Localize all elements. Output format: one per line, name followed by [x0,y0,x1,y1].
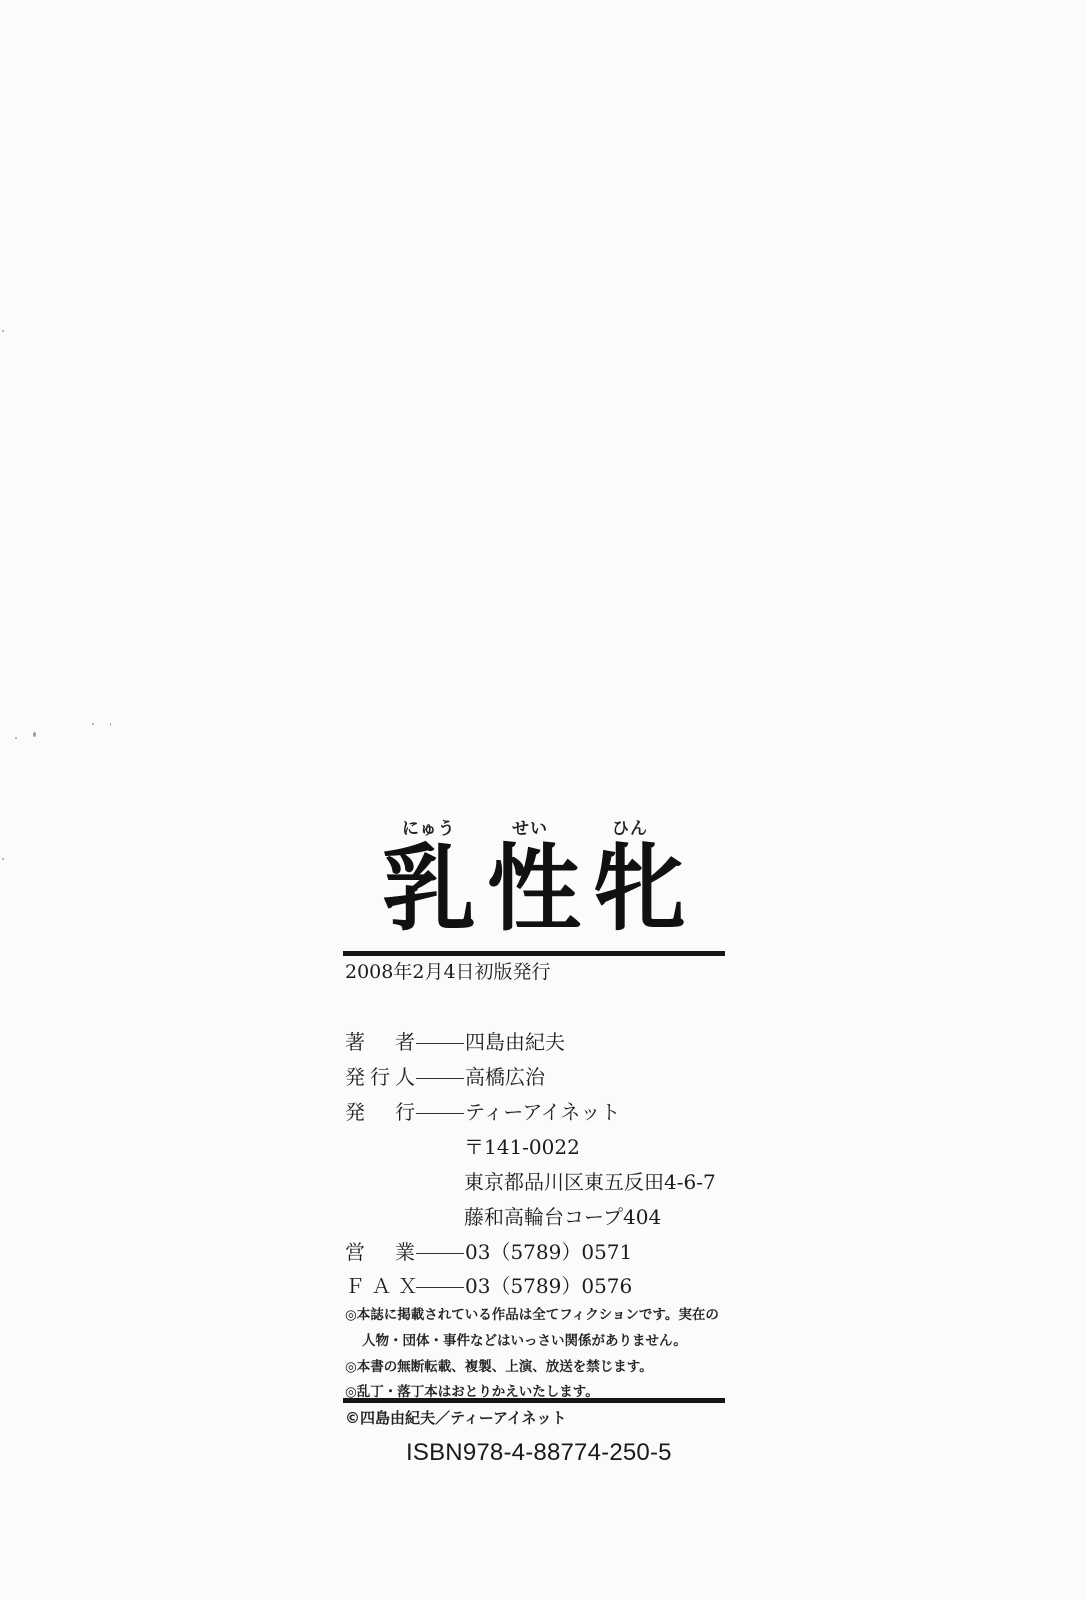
contact-sales: 営 業 03（5789）0571 [345,1239,632,1265]
scan-speck [33,732,36,737]
credit-value: ティーアイネット [465,1099,620,1125]
credit-label: 発 行 [345,1099,415,1125]
colophon-page: にゅう せい ひん 乳 性 牝 2008年2月4日初版発行 著 者 四島由紀夫 … [0,0,1085,1600]
title-char-3: 牝 [592,840,686,940]
scan-speck [2,858,4,860]
credit-value: 高橋広治 [465,1064,545,1090]
leader-dash [416,1113,464,1114]
contact-label: 営 業 [345,1239,415,1265]
leader-dash [416,1043,464,1044]
contact-label: Ｆ Ａ Ｘ [345,1273,415,1299]
address-line-2: 藤和高輪台コープ404 [464,1204,661,1230]
credit-author: 著 者 四島由紀夫 [345,1029,565,1055]
isbn: ISBN978-4-88774-250-5 [406,1439,672,1467]
credit-publisher: 発 行 ティーアイネット [345,1099,620,1125]
credit-label: 発行人 [345,1064,415,1090]
leader-dash [416,1253,464,1254]
credit-label: 著 者 [345,1029,415,1055]
contact-fax: Ｆ Ａ Ｘ 03（5789）0576 [345,1273,632,1299]
credit-publisher-person: 発行人 高橋広治 [345,1064,545,1090]
note-fiction-cont: 人物・団体・事件などはいっさい関係がありません。 [362,1332,687,1350]
scan-speck [15,737,17,739]
bottom-divider [343,1398,725,1403]
scan-speck [110,723,111,726]
copyright-line: ©四島由紀夫／ティーアイネット [345,1408,567,1428]
note-fiction: ◎本誌に掲載されている作品は全てフィクションです。実在の [345,1306,719,1324]
scan-speck [2,330,4,332]
address-line-1: 東京都品川区東五反田4-6-7 [464,1169,716,1195]
contact-value: 03（5789）0571 [465,1239,632,1265]
contact-value: 03（5789）0576 [465,1273,632,1299]
postal-code: 〒141-0022 [464,1134,580,1160]
title-char-1: 乳 [382,840,476,940]
note-reproduction: ◎本書の無断転載、複製、上演、放送を禁じます。 [345,1358,653,1376]
leader-dash [416,1287,464,1288]
leader-dash [416,1078,464,1079]
credit-value: 四島由紀夫 [465,1029,565,1055]
title-char-2: 性 [487,840,581,940]
edition-date: 2008年2月4日初版発行 [345,960,551,984]
title-divider [343,951,725,956]
scan-speck [92,723,94,725]
